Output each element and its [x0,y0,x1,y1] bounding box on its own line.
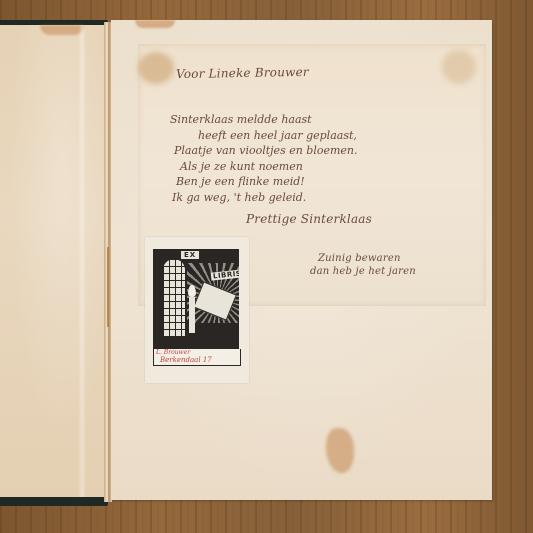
poem-line: Ik ga weg, 't heb geleid. [172,190,358,206]
cover-fold [78,25,86,497]
owner-label: L. Brouwer Berkendaal 17 [153,349,241,366]
poem-line: heeft een heel jaar geplaast, [198,128,358,144]
note: Zuinig bewaren dan heb je het jaren [318,252,416,278]
poem-line: Als je ze kunt noemen [180,159,358,175]
flame-icon [188,285,196,297]
candle-icon [189,297,195,333]
water-stain [135,20,175,28]
owner-address: Berkendaal 17 [160,356,212,364]
bookplate-illustration: EX LIBRIS [153,249,239,349]
bookplate-banner: EX [159,251,239,265]
inside-front-cover [0,25,104,497]
ex-libris-bookplate: EX LIBRIS L. Brouwer Berkendaal 17 [145,237,249,383]
poem: Sinterklaas meldde haast heeft een heel … [170,112,358,205]
window-icon [163,259,185,337]
poem-line: Sinterklaas meldde haast [170,112,358,128]
glue-stain [138,52,174,84]
water-stain [326,428,354,473]
poem-line: Ben je een flinke meid! [176,174,358,190]
binding-thread [107,247,109,327]
glue-stain [442,50,476,84]
owner-name: L. Brouwer [156,349,190,356]
signature: Prettige Sinterklaas [246,212,372,226]
note-line: Zuinig bewaren [318,252,416,265]
letter-title: Voor Lineke Brouwer [176,65,309,81]
note-line: dan heb je het jaren [310,265,416,278]
poem-line: Plaatje van viooltjes en bloemen. [174,143,358,159]
ex-text: EX [181,251,199,259]
